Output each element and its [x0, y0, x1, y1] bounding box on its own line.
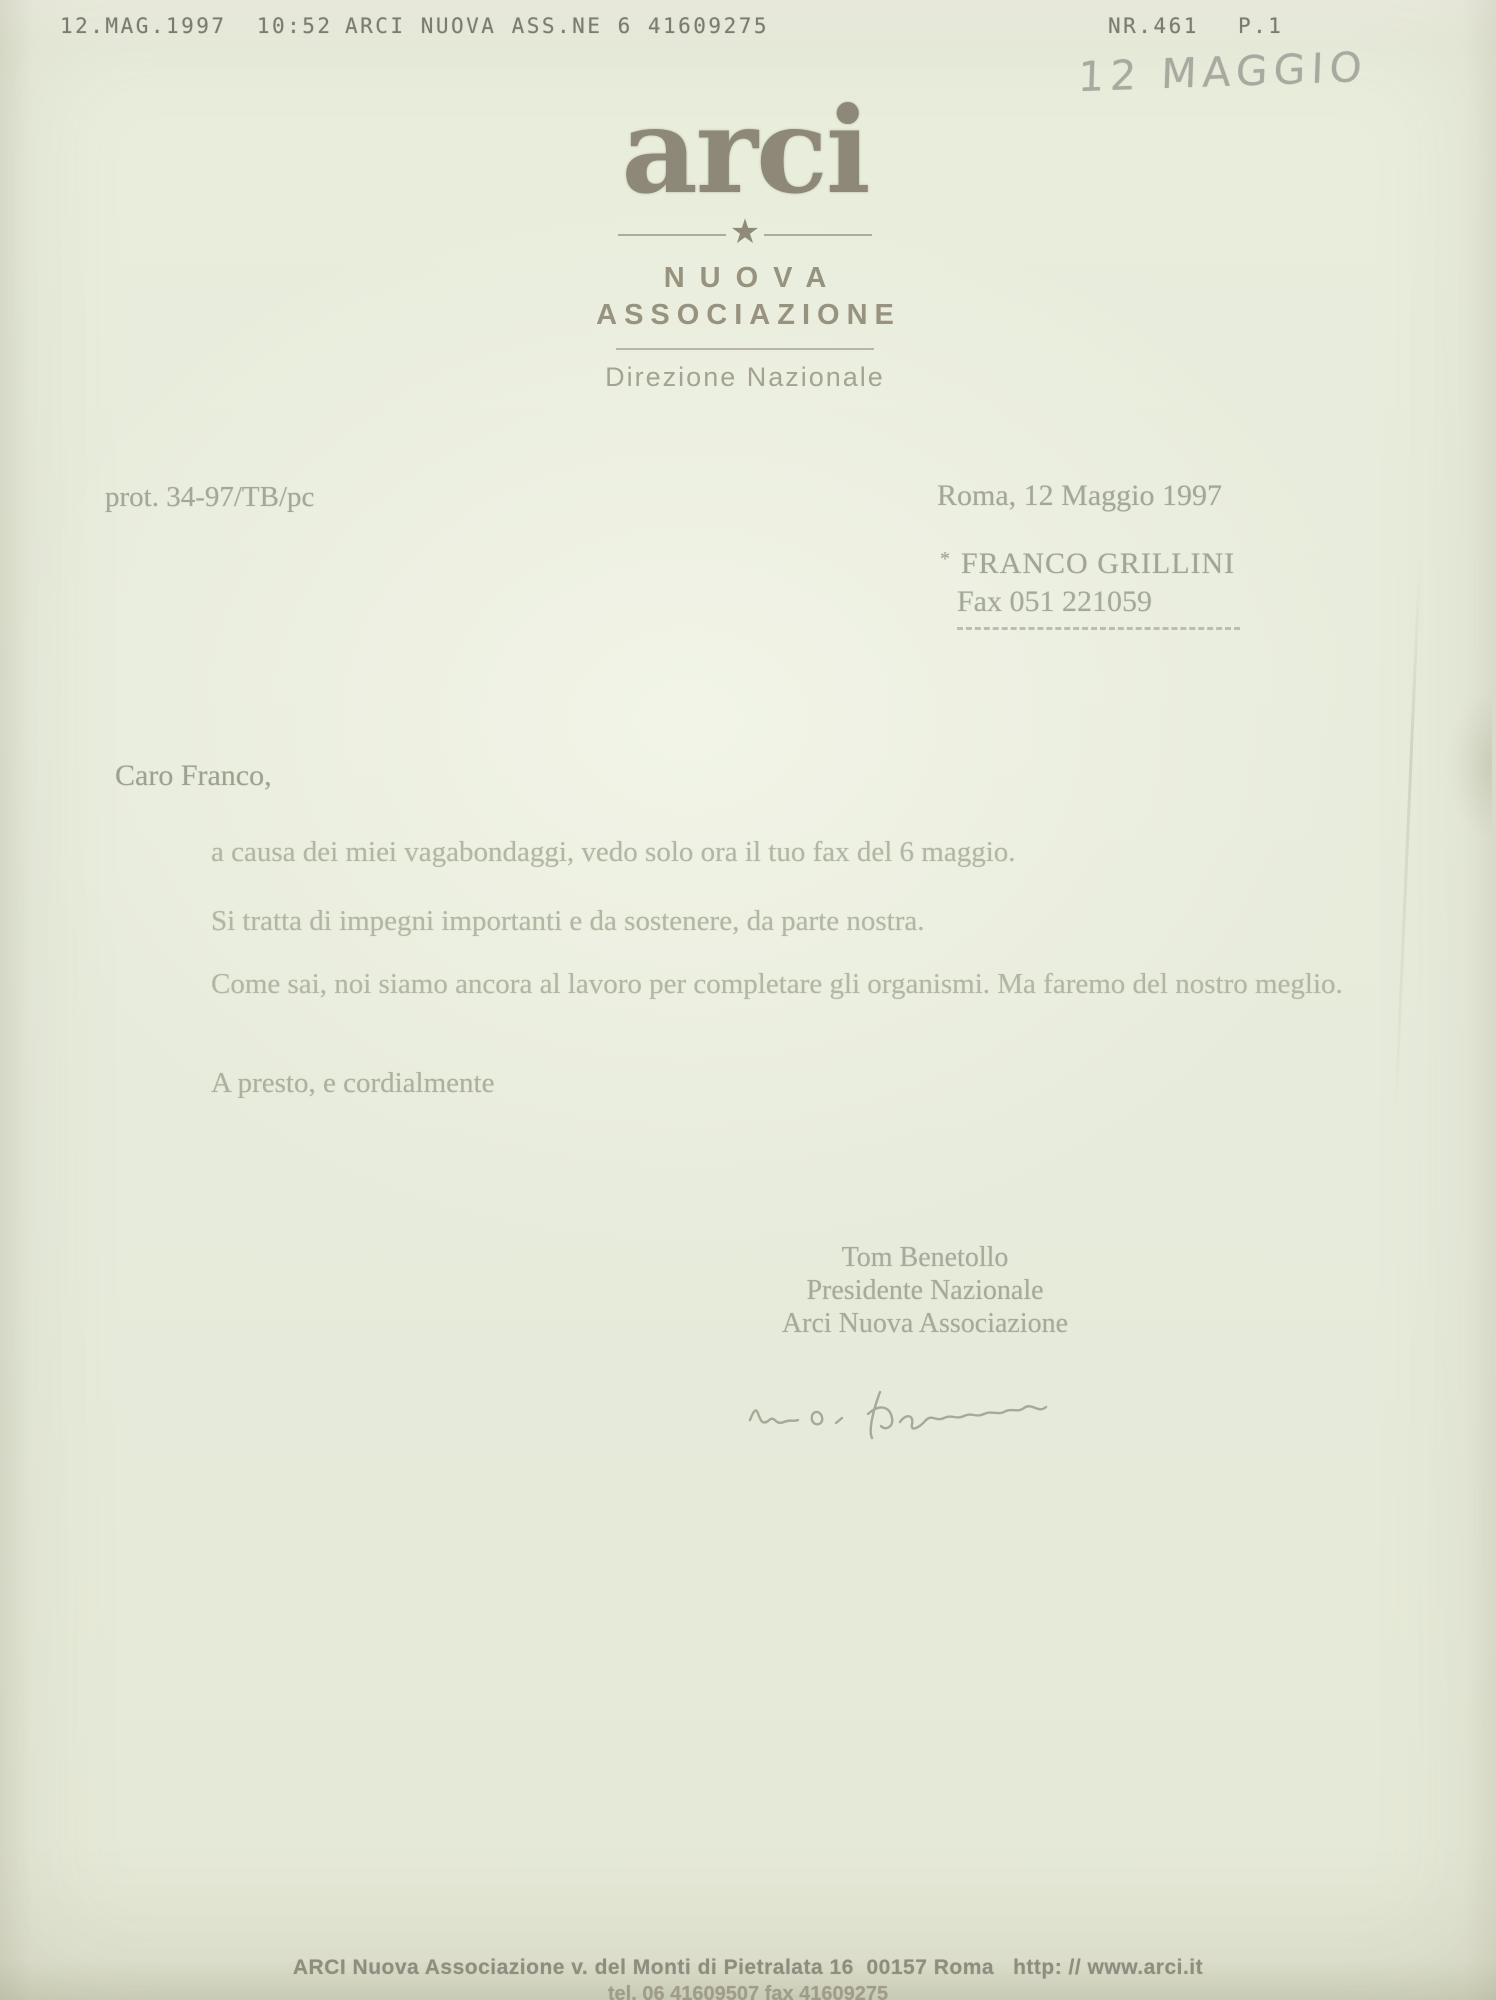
footer-phone: tel. 06 41609507 fax 41609275: [0, 1983, 1496, 2000]
recipient-name: *FRANCO GRILLINI: [940, 547, 1235, 581]
signer-title: Presidente Nazionale: [620, 1274, 1230, 1307]
protocol-reference: prot. 34-97/TB/pc: [105, 481, 314, 514]
logo-name-line2: ASSOCIAZIONE: [495, 299, 995, 332]
paper-crease: [1394, 560, 1421, 1120]
fax-datetime: 12.MAG.1997 10:52: [60, 14, 333, 38]
letterhead: arci ★ NUOVA ASSOCIAZIONE Direzione Nazi…: [495, 92, 995, 393]
recipient-fax: Fax 051 221059: [957, 585, 1152, 619]
salutation: Caro Franco,: [115, 759, 272, 793]
star-icon: ★: [730, 216, 760, 250]
dashed-separator: [957, 627, 1240, 630]
letterhead-divider: [616, 348, 874, 350]
logo-star-divider: ★: [495, 216, 995, 254]
arci-logo-wordmark: arci: [495, 92, 995, 210]
logo-name-line1: NUOVA: [495, 262, 995, 295]
place-date: Roma, 12 Maggio 1997: [937, 479, 1222, 513]
footer-address: ARCI Nuova Associazione v. del Monti di …: [0, 1956, 1496, 1980]
logo-rule-right: [764, 234, 872, 236]
fax-number: NR.461: [1108, 14, 1199, 38]
signature-block: Tom Benetollo Presidente Nazionale Arci …: [620, 1241, 1230, 1340]
scanned-fax-page: 12.MAG.1997 10:52 ARCI NUOVA ASS.NE 6 41…: [0, 0, 1496, 2000]
recipient-marker: *: [940, 548, 951, 570]
letter-closing: A presto, e cordialmente: [115, 1064, 1355, 1102]
recipient-name-text: FRANCO GRILLINI: [961, 547, 1235, 580]
letterhead-subtitle: Direzione Nazionale: [495, 362, 995, 393]
logo-rule-left: [618, 234, 726, 236]
paper-crease-shadow: [1446, 690, 1492, 840]
signer-organization: Arci Nuova Associazione: [620, 1307, 1230, 1340]
signature-scrawl: [738, 1356, 1058, 1456]
letter-paragraph: Come sai, noi siamo ancora al lavoro per…: [115, 965, 1355, 1003]
fax-sender-id: ARCI NUOVA ASS.NE 6 41609275: [345, 14, 769, 38]
letter-paragraph: a causa dei miei vagabondaggi, vedo solo…: [115, 833, 1355, 871]
letter-paragraph: Si tratta di impegni importanti e da sos…: [115, 902, 1355, 940]
handwritten-date-note: 12 MAGGIO: [1077, 43, 1368, 101]
signer-name: Tom Benetollo: [620, 1241, 1230, 1274]
fax-page-number: P.1: [1238, 14, 1283, 38]
